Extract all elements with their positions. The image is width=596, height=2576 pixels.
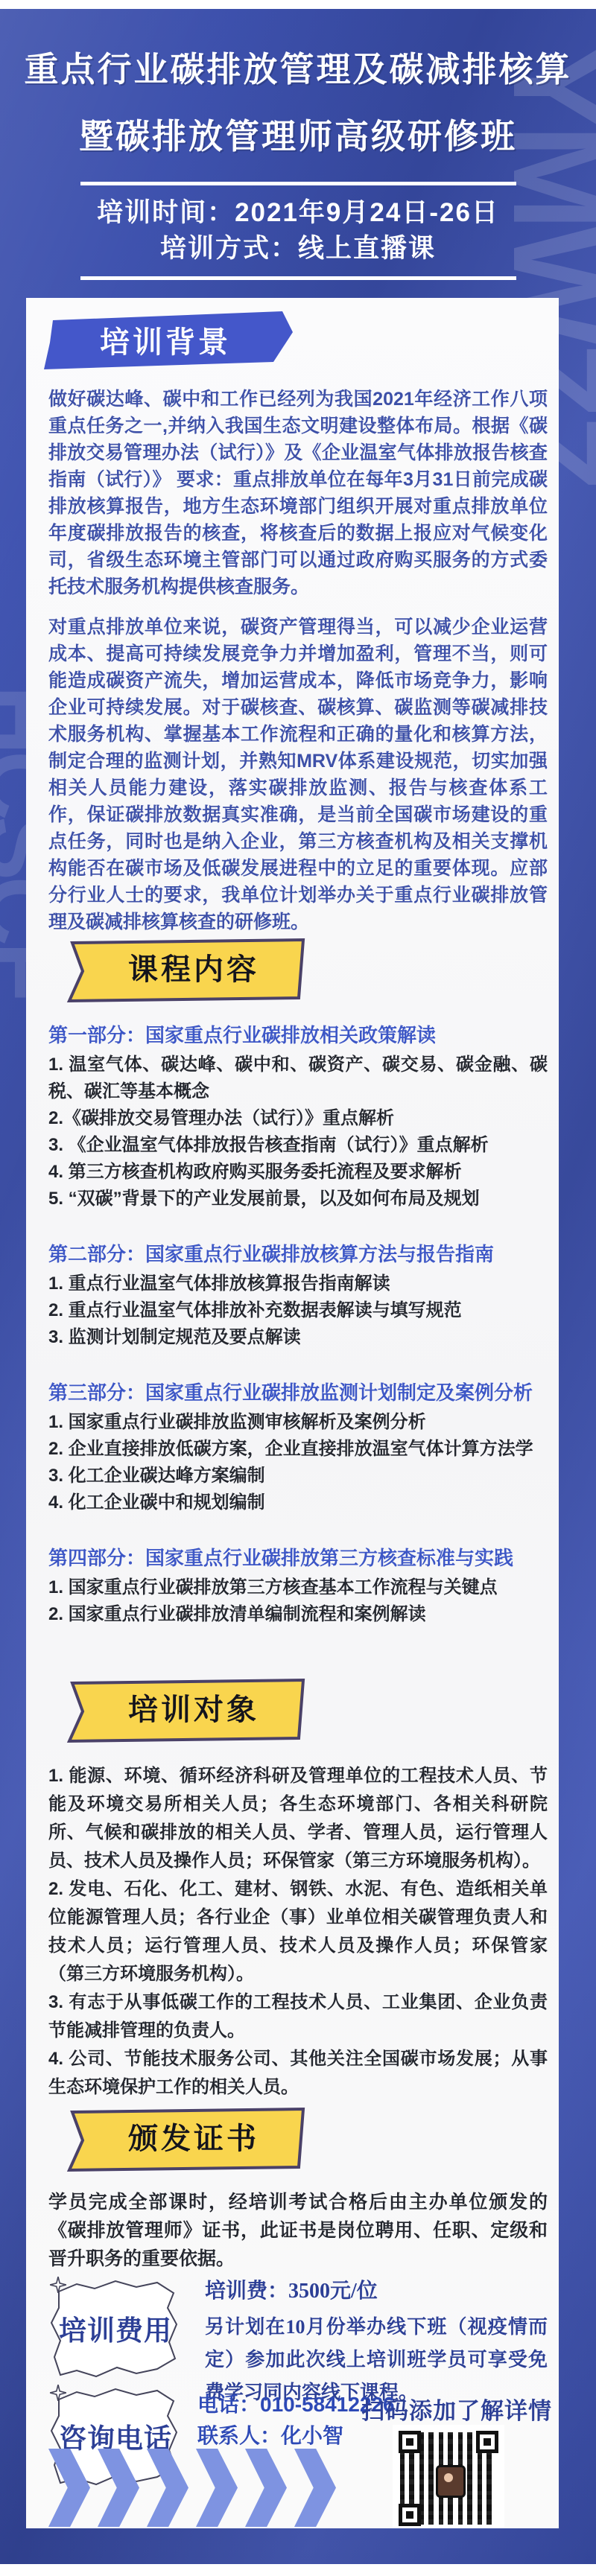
chevron-right-icon xyxy=(147,2449,188,2527)
audience-items: 1. 能源、环境、循环经济科研及管理单位的工程技术人员、节能及环境交易所相关人员… xyxy=(48,1762,548,2102)
chevron-right-icon xyxy=(48,2449,90,2527)
background-paragraphs: 做好碳达峰、碳中和工作已经列为我国2021年经济工作八项重点任务之一,并纳入我国… xyxy=(48,386,548,935)
training-time-label: 培训时间：2021年9月24日-26日 xyxy=(0,197,596,229)
course-item: 2. 重点行业温室气体排放补充数据表解读与填写规范 xyxy=(48,1297,548,1324)
contact-section: 咨询电话 电话：010-58412226 联系人：化小智 扫码添加了解详情 xyxy=(48,2383,548,2528)
background-paragraph-2: 对重点排放单位来说，碳资产管理得当，可以减少企业运营成本、提高可持续发展竞争力并… xyxy=(48,614,548,935)
course-part-3-title: 第三部分：国家重点行业碳排放监测计划制定及案例分析 xyxy=(48,1379,548,1406)
background-paragraph-1: 做好碳达峰、碳中和工作已经列为我国2021年经济工作八项重点任务之一,并纳入我国… xyxy=(48,386,548,600)
training-poster: YMWZZ HCSCE 重点行业碳排放管理及碳减排核算 暨碳排放管理师高级研修班… xyxy=(0,0,596,2576)
course-item: 3. 《企业温室气体排放报告核查指南（试行）》重点解析 xyxy=(48,1132,548,1159)
audience-item-2: 2. 发电、石化、化工、建材、钢铁、水泥、有色、造纸相关单位能源管理人员；各行业… xyxy=(48,1875,548,1988)
course-banner-wrap: 课程内容 xyxy=(56,937,548,1001)
course-banner-label: 课程内容 xyxy=(71,937,317,996)
audience-banner-label: 培训对象 xyxy=(71,1677,317,1737)
chevron-right-icon xyxy=(294,2449,336,2527)
course-item: 1. 国家重点行业碳排放监测审核解析及案例分析 xyxy=(48,1409,548,1436)
certificate-banner-wrap: 颁发证书 xyxy=(56,2106,548,2170)
course-part-1: 第一部分：国家重点行业碳排放相关政策解读 1. 温室气体、碳达峰、碳中和、碳资产… xyxy=(48,1022,548,1212)
training-method-label: 培训方式：线上直播课 xyxy=(0,233,596,264)
course-item: 2. 企业直接排放低碳方案，企业直接排放温室气体计算方法学 xyxy=(48,1436,548,1463)
certificate-text: 学员完成全部课时，经培训考试合格后由主办单位颁发的《碳排放管理师》证书，此证书是… xyxy=(48,2188,548,2273)
course-item: 1. 国家重点行业碳排放第三方核查基本工作流程与关键点 xyxy=(48,1574,548,1601)
qr-code xyxy=(397,2429,500,2528)
background-banner-label: 培训背景 xyxy=(42,310,288,369)
poster-title-line2: 暨碳排放管理师高级研修班 xyxy=(0,119,596,153)
certificate-banner: 颁发证书 xyxy=(56,2106,309,2170)
course-part-4-title: 第四部分：国家重点行业碳排放第三方核查标准与实践 xyxy=(48,1545,548,1571)
audience-banner-wrap: 培训对象 xyxy=(56,1677,548,1741)
course-banner: 课程内容 xyxy=(56,937,309,1001)
course-item: 3. 监测计划制定规范及要点解读 xyxy=(48,1324,548,1351)
course-part-2: 第二部分：国家重点行业碳排放核算方法与报告指南 1. 重点行业温室气体排放核算报… xyxy=(48,1241,548,1351)
audience-item-1: 1. 能源、环境、循环经济科研及管理单位的工程技术人员、节能及环境交易所相关人员… xyxy=(48,1762,548,1875)
poster-title-line1: 重点行业碳排放管理及碳减排核算 xyxy=(0,52,596,86)
course-part-3: 第三部分：国家重点行业碳排放监测计划制定及案例分析 1. 国家重点行业碳排放监测… xyxy=(48,1379,548,1516)
chevron-right-icon xyxy=(196,2449,238,2527)
poster-header: 重点行业碳排放管理及碳减排核算 暨碳排放管理师高级研修班 培训时间：2021年9… xyxy=(0,52,596,280)
qr-finder-icon xyxy=(399,2431,421,2453)
audience-banner: 培训对象 xyxy=(56,1677,309,1741)
qr-caption: 扫码添加了解详情 xyxy=(361,2392,559,2426)
chevron-arrows xyxy=(48,2449,336,2527)
course-item: 4. 第三方核查机构政府购买服务委托流程及要求解析 xyxy=(48,1159,548,1186)
course-item: 5. “双碳”背景下的产业发展前景，以及如何布局及规划 xyxy=(48,1186,548,1212)
course-part-2-title: 第二部分：国家重点行业碳排放核算方法与报告指南 xyxy=(48,1241,548,1268)
course-part-4: 第四部分：国家重点行业碳排放第三方核查标准与实践 1. 国家重点行业碳排放第三方… xyxy=(48,1545,548,1628)
course-item: 3. 化工企业碳达峰方案编制 xyxy=(48,1463,548,1489)
qr-finder-icon xyxy=(399,2504,421,2526)
course-parts: 第一部分：国家重点行业碳排放相关政策解读 1. 温室气体、碳达峰、碳中和、碳资产… xyxy=(48,1022,548,1656)
qr-finder-icon xyxy=(476,2431,498,2453)
course-item: 2.《碳排放交易管理办法（试行）》重点解析 xyxy=(48,1105,548,1132)
audience-item-4: 4. 公司、节能技术服务公司、其他关注全国碳市场发展；从事生态环境保护工作的相关… xyxy=(48,2045,548,2102)
audience-item-3: 3. 有志于从事低碳工作的工程技术人员、工业集团、企业负责节能减排管理的负责人。 xyxy=(48,1988,548,2045)
content-card: 培训背景 做好碳达峰、碳中和工作已经列为我国2021年经济工作八项重点任务之一,… xyxy=(26,298,559,2528)
fee-badge-label: 培训费用 xyxy=(54,2281,177,2375)
certificate-banner-label: 颁发证书 xyxy=(71,2106,317,2166)
fee-price: 培训费：3500元/位 xyxy=(205,2277,548,2306)
qr-center-avatar xyxy=(436,2465,466,2498)
course-item: 2. 国家重点行业碳排放清单编制流程和案例解读 xyxy=(48,1601,548,1628)
fee-badge: 培训费用 xyxy=(48,2275,183,2383)
course-item: 1. 温室气体、碳达峰、碳中和、碳资产、碳交易、碳金融、碳税、碳汇等基本概念 xyxy=(48,1052,548,1105)
header-divider-bottom xyxy=(80,276,516,280)
section-background: 培训背景 xyxy=(42,310,548,374)
course-item: 4. 化工企业碳中和规划编制 xyxy=(48,1489,548,1516)
background-banner: 培训背景 xyxy=(42,310,296,374)
chevron-right-icon xyxy=(98,2449,139,2527)
course-part-1-title: 第一部分：国家重点行业碳排放相关政策解读 xyxy=(48,1022,548,1049)
chevron-right-icon xyxy=(245,2449,287,2527)
header-divider-top xyxy=(80,182,516,185)
course-item: 1. 重点行业温室气体排放核算报告指南解读 xyxy=(48,1270,548,1297)
